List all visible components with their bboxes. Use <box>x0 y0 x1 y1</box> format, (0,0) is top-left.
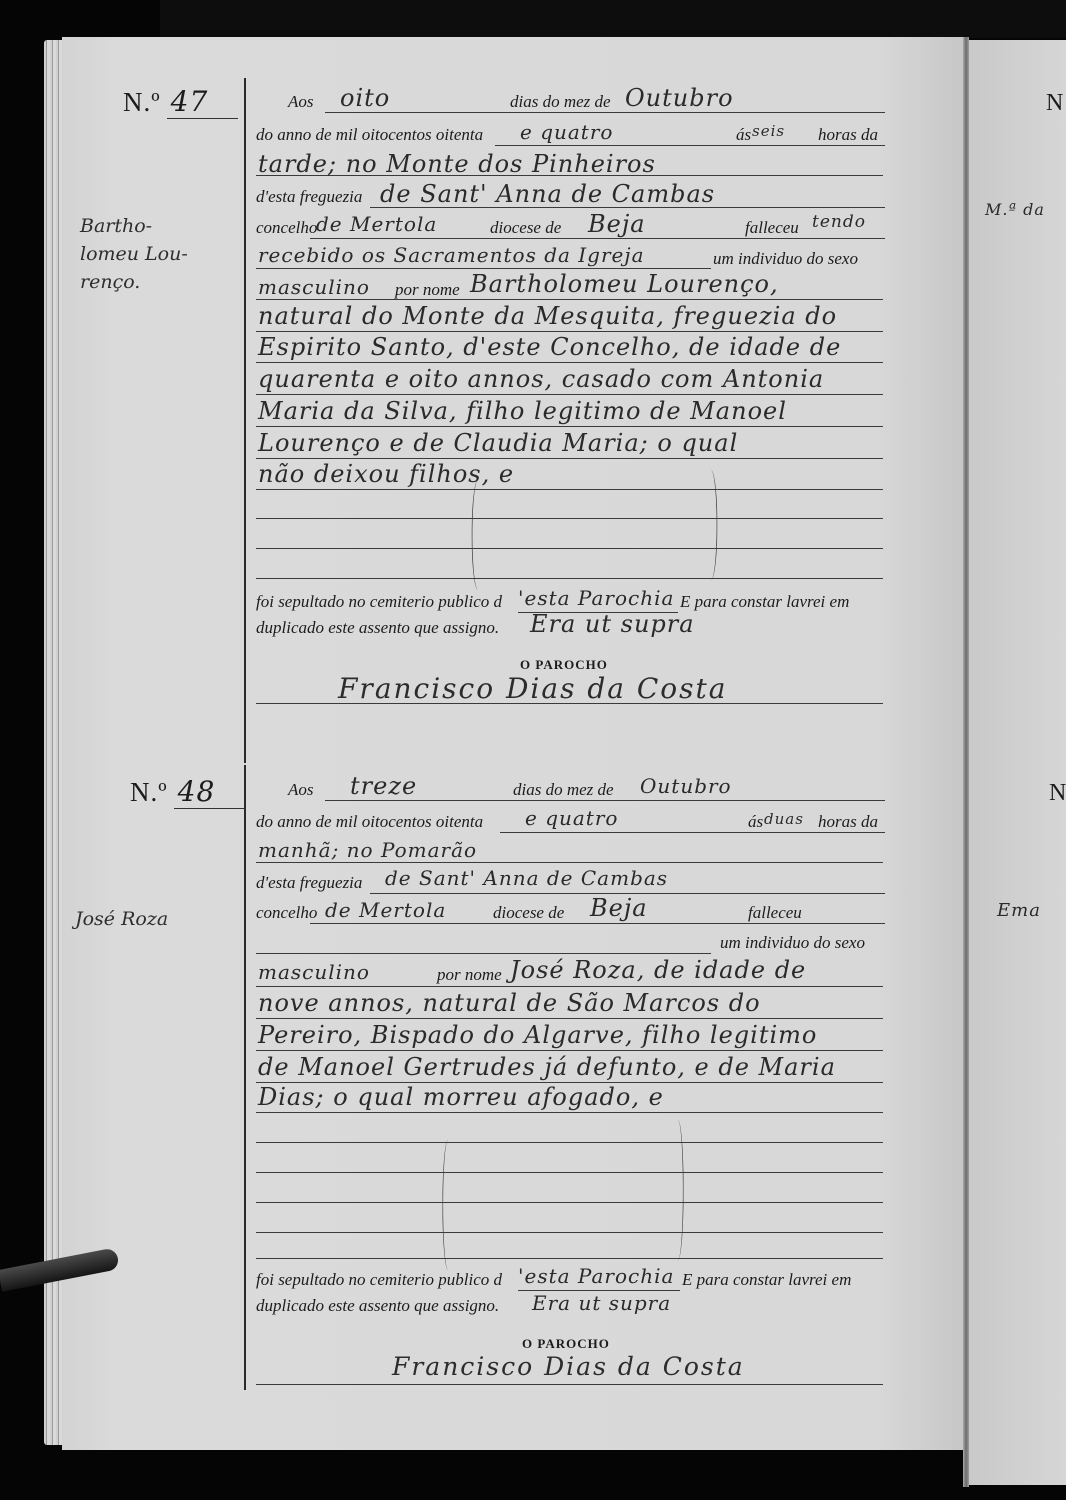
entry-number-value: 48 <box>174 775 246 809</box>
hand-falleceu-extra: tendo <box>812 212 866 232</box>
hand-year: e quatro <box>525 806 618 830</box>
rule-line <box>256 1258 883 1259</box>
hand-body-line: nove annos, natural de São Marcos do <box>258 989 761 1017</box>
hand-freguezia: de Sant' Anna de Cambas <box>385 866 668 890</box>
hand-era-ut-supra: Era ut supra <box>530 610 695 638</box>
hand-diocese: Beja <box>590 894 648 922</box>
rule-line <box>256 458 883 459</box>
rule-line <box>256 362 883 363</box>
printed-sepultado: foi sepultado no cemiterio publico d <box>256 592 502 612</box>
hand-day: oito <box>340 84 390 112</box>
printed-diocese: diocese de <box>490 218 561 238</box>
facing-page: N M.ª da N Ema <box>969 40 1066 1485</box>
hand-concelho: de Mertola <box>316 212 437 236</box>
hand-body-line: Dias; o qual morreu afogado, e <box>258 1083 664 1111</box>
cancel-brace-right <box>705 470 718 580</box>
printed-individuo: um individuo do sexo <box>720 933 865 953</box>
printed-year: do anno de mil oitocentos oitenta <box>256 812 483 832</box>
printed-por-nome: por nome <box>395 280 460 300</box>
rule-line <box>256 299 883 300</box>
hand-concelho: de Mertola <box>325 898 446 922</box>
signature-line <box>256 1384 883 1385</box>
hand-body-line: Espirito Santo, d'este Concelho, de idad… <box>258 333 841 361</box>
facing-margin-note-2: Ema <box>997 900 1041 921</box>
rule-line <box>256 578 883 579</box>
cancel-brace-left <box>442 1140 453 1270</box>
printed-as: ás <box>736 125 751 145</box>
rule-line <box>256 862 883 863</box>
hand-hour: duas <box>764 810 804 828</box>
rule-line <box>256 1172 883 1173</box>
printed-por-nome: por nome <box>437 965 502 985</box>
hand-month: Outubro <box>640 774 732 798</box>
rule-line <box>256 518 883 519</box>
rule-line <box>325 800 885 801</box>
hand-body-line: Lourenço e de Claudia Maria; o qual <box>258 429 738 457</box>
hand-cemiterio: 'esta Parochia <box>518 586 674 610</box>
hand-body-line: Maria da Silva, filho legitimo de Manoel <box>258 397 787 425</box>
rule-line <box>256 1112 883 1113</box>
hand-freguezia: de Sant' Anna de Cambas <box>380 180 715 208</box>
printed-constar: E para constar lavrei em <box>680 592 849 612</box>
hand-name: José Roza, de idade de <box>510 956 806 984</box>
rule-line <box>256 1232 883 1233</box>
rule-line <box>256 489 883 490</box>
rule-line <box>256 268 711 269</box>
rule-line <box>256 1018 883 1019</box>
hand-hour: seis <box>752 122 785 140</box>
printed-concelho: concelho <box>256 903 317 923</box>
hand-year: e quatro <box>520 120 613 144</box>
entry-number-value: 47 <box>167 85 239 119</box>
hand-time-place: tarde; no Monte dos Pinheiros <box>258 150 656 178</box>
printed-aos: Aos <box>288 92 314 112</box>
facing-margin-note-1: M.ª da <box>985 200 1045 219</box>
hand-extra-line: recebido os Sacramentos da Igreja <box>258 243 645 267</box>
printed-year: do anno de mil oitocentos oitenta <box>256 125 483 145</box>
priest-signature: Francisco Dias da Costa <box>392 1352 745 1381</box>
hand-month: Outubro <box>625 84 734 112</box>
scan-background-top <box>160 0 1066 38</box>
rule-line <box>256 1142 883 1143</box>
rule-line <box>310 923 885 924</box>
printed-constar: E para constar lavrei em <box>682 1270 851 1290</box>
entry-48-margin-rule <box>244 765 246 1390</box>
hand-body-line: quarenta e oito annos, casado com Antoni… <box>258 365 824 393</box>
rule-line <box>495 145 885 146</box>
margin-name: Bartho- lomeu Lou- renço. <box>80 212 188 296</box>
rule-line <box>256 426 883 427</box>
printed-month-label: dias do mez de <box>510 92 611 112</box>
printed-month-label: dias do mez de <box>513 780 614 800</box>
hand-name: Bartholomeu Lourenço, <box>470 270 779 298</box>
printed-individuo: um individuo do sexo <box>713 249 858 269</box>
facing-entry-number-1: N <box>1046 90 1064 117</box>
priest-signature: Francisco Dias da Costa <box>338 672 727 705</box>
cancel-brace-left <box>472 480 485 590</box>
printed-diocese: diocese de <box>493 903 564 923</box>
printed-concelho: concelho <box>256 218 317 238</box>
printed-as: ás <box>748 812 763 832</box>
hand-body-line: Pereiro, Bispado do Algarve, filho legit… <box>258 1021 817 1049</box>
parocho-label: O PAROCHO <box>522 1336 610 1352</box>
rule-line <box>256 1202 883 1203</box>
margin-name: José Roza <box>75 905 168 933</box>
parocho-label: O PAROCHO <box>520 657 608 673</box>
printed-horas-da: horas da <box>818 812 878 832</box>
hand-era-ut-supra: Era ut supra <box>532 1291 671 1315</box>
printed-duplicado: duplicado este assento que assigno. <box>256 618 499 638</box>
entry-number: N.º47 <box>123 85 238 118</box>
rule-line <box>325 112 885 113</box>
hand-day: treze <box>350 772 417 800</box>
printed-duplicado: duplicado este assento que assigno. <box>256 1296 499 1316</box>
hand-diocese: Beja <box>588 210 646 238</box>
rule-line <box>256 986 883 987</box>
rule-line <box>256 331 883 332</box>
rule-line <box>256 1050 883 1051</box>
entry-number: N.º48 <box>130 775 245 808</box>
printed-freguezia: d'esta freguezia <box>256 873 362 893</box>
printed-sepultado: foi sepultado no cemiterio publico d <box>256 1270 502 1290</box>
rule-line <box>256 394 883 395</box>
hand-body-line: de Manoel Gertrudes já defunto, e de Mar… <box>258 1053 836 1081</box>
rule-line <box>256 953 711 954</box>
entry-47-margin-rule <box>244 78 246 763</box>
hand-body-line: natural do Monte da Mesquita, freguezia … <box>258 302 837 330</box>
printed-aos: Aos <box>288 780 314 800</box>
facing-entry-number-2: N <box>1049 780 1066 807</box>
rule-line <box>500 832 885 833</box>
hand-time-place: manhã; no Pomarão <box>258 838 477 862</box>
printed-falleceu: falleceu <box>748 903 802 923</box>
hand-sex: masculino <box>258 275 370 299</box>
printed-freguezia: d'esta freguezia <box>256 187 362 207</box>
printed-horas-da: horas da <box>818 125 878 145</box>
printed-falleceu: falleceu <box>745 218 799 238</box>
rule-line <box>310 238 885 239</box>
rule-line <box>256 548 883 549</box>
hand-sex: masculino <box>258 960 370 984</box>
cancel-brace-right <box>672 1120 683 1260</box>
hand-cemiterio: 'esta Parochia <box>518 1264 674 1288</box>
